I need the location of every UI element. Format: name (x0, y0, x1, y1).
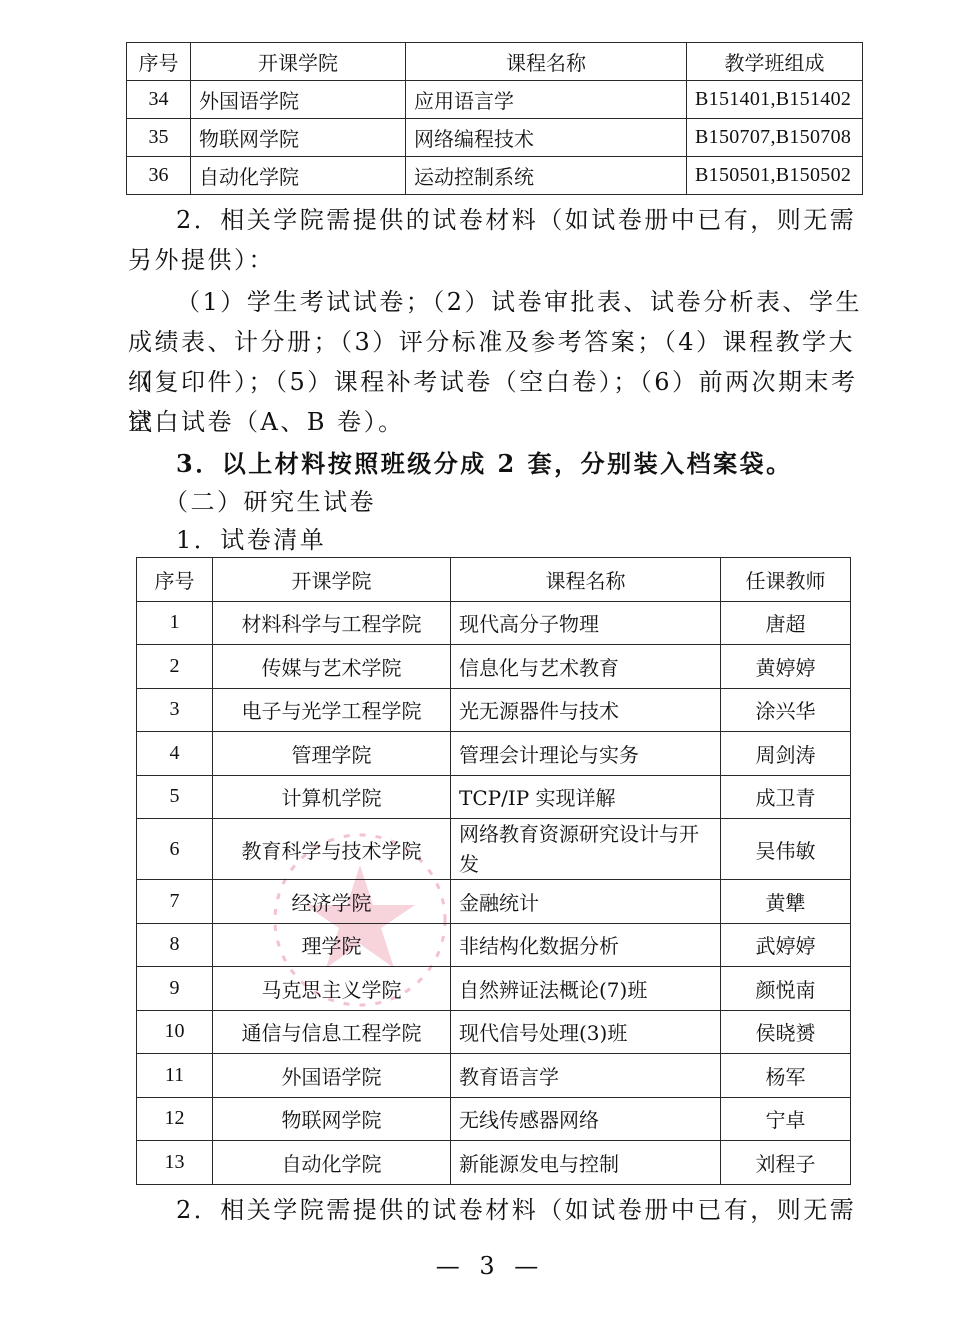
materials-paragraph-line2: 另外提供）： (128, 240, 868, 280)
header-classes: 教学班组成 (687, 43, 863, 81)
undergrad-exam-table: 序号 开课学院 课程名称 教学班组成 34 外国语学院 应用语言学 B15140… (126, 42, 863, 195)
cell-no: 9 (137, 967, 213, 1011)
table-row: 11 外国语学院 教育语言学 杨军 (137, 1054, 851, 1098)
cell-course: 运动控制系统 (406, 157, 687, 195)
cell-no: 36 (127, 157, 191, 195)
cell-classes: B151401,B151402 (687, 81, 863, 119)
cell-course: 无线传感器网络 (451, 1097, 721, 1141)
cell-college: 马克思主义学院 (213, 967, 451, 1011)
cell-course: 现代信号处理(3)班 (451, 1010, 721, 1054)
cell-no: 34 (127, 81, 191, 119)
cell-teacher: 吴伟敏 (721, 819, 851, 880)
cell-teacher: 宁卓 (721, 1097, 851, 1141)
table-row: 9 马克思主义学院 自然辨证法概论(7)班 颜悦南 (137, 967, 851, 1011)
cell-course: TCP/IP 实现详解 (451, 775, 721, 819)
table-row: 5 计算机学院 TCP/IP 实现详解 成卫青 (137, 775, 851, 819)
cell-college: 通信与信息工程学院 (213, 1010, 451, 1054)
cell-no: 6 (137, 819, 213, 880)
table-row: 2 传媒与艺术学院 信息化与艺术教育 黄婷婷 (137, 645, 851, 689)
cell-college: 传媒与艺术学院 (213, 645, 451, 689)
table-row: 4 管理学院 管理会计理论与实务 周剑涛 (137, 732, 851, 776)
cell-no: 35 (127, 119, 191, 157)
cell-no: 3 (137, 688, 213, 732)
materials-items-line1: （1）学生考试试卷；（2）试卷审批表、试卷分析表、学生 (128, 282, 868, 322)
table-row: 3 电子与光学工程学院 光无源器件与技术 涂兴华 (137, 688, 851, 732)
table-row: 7 经济学院 金融统计 黄犨 (137, 880, 851, 924)
cell-course: 教育语言学 (451, 1054, 721, 1098)
cell-course: 光无源器件与技术 (451, 688, 721, 732)
cell-course: 新能源发电与控制 (451, 1141, 721, 1185)
cell-college: 管理学院 (213, 732, 451, 776)
cell-no: 5 (137, 775, 213, 819)
header-no: 序号 (127, 43, 191, 81)
cell-no: 1 (137, 601, 213, 645)
table-header-row: 序号 开课学院 课程名称 教学班组成 (127, 43, 863, 81)
cell-teacher: 涂兴华 (721, 688, 851, 732)
table-row: 6 教育科学与技术学院 网络教育资源研究设计与开发 吴伟敏 (137, 819, 851, 880)
cell-teacher: 黄婷婷 (721, 645, 851, 689)
cell-classes: B150501,B150502 (687, 157, 863, 195)
cell-teacher: 颜悦南 (721, 967, 851, 1011)
cell-college: 自动化学院 (191, 157, 406, 195)
cell-no: 7 (137, 880, 213, 924)
cell-teacher: 黄犨 (721, 880, 851, 924)
cell-college: 物联网学院 (191, 119, 406, 157)
cell-college: 物联网学院 (213, 1097, 451, 1141)
cell-teacher: 杨军 (721, 1054, 851, 1098)
cell-teacher: 刘程子 (721, 1141, 851, 1185)
cell-college: 外国语学院 (191, 81, 406, 119)
cell-no: 13 (137, 1141, 213, 1185)
cell-college: 自动化学院 (213, 1141, 451, 1185)
cell-no: 2 (137, 645, 213, 689)
page-number: — 3 — (0, 1252, 980, 1280)
materials-paragraph-line1: 2．相关学院需提供的试卷材料（如试卷册中已有，则无需 (128, 200, 868, 240)
document-page: 序号 开课学院 课程名称 教学班组成 34 外国语学院 应用语言学 B15140… (0, 0, 980, 1332)
cell-college: 理学院 (213, 923, 451, 967)
cell-college: 外国语学院 (213, 1054, 451, 1098)
header-course: 课程名称 (406, 43, 687, 81)
table-row: 36 自动化学院 运动控制系统 B150501,B150502 (127, 157, 863, 195)
cell-classes: B150707,B150708 (687, 119, 863, 157)
table-header-row: 序号 开课学院 课程名称 任课教师 (137, 558, 851, 602)
cell-teacher: 成卫青 (721, 775, 851, 819)
cell-course: 信息化与艺术教育 (451, 645, 721, 689)
cell-teacher: 唐超 (721, 601, 851, 645)
cell-no: 8 (137, 923, 213, 967)
list-heading: 1．试卷清单 (128, 520, 868, 560)
header-college: 开课学院 (191, 43, 406, 81)
materials-paragraph-graduate: 2．相关学院需提供的试卷材料（如试卷册中已有，则无需 (128, 1190, 868, 1230)
cell-course: 非结构化数据分析 (451, 923, 721, 967)
graduate-exam-table: 序号 开课学院 课程名称 任课教师 1 材料科学与工程学院 现代高分子物理 唐超… (136, 557, 851, 1185)
cell-teacher: 周剑涛 (721, 732, 851, 776)
cell-course: 自然辨证法概论(7)班 (451, 967, 721, 1011)
cell-college: 材料科学与工程学院 (213, 601, 451, 645)
cell-college: 计算机学院 (213, 775, 451, 819)
cell-course: 应用语言学 (406, 81, 687, 119)
header-course: 课程名称 (451, 558, 721, 602)
table-row: 8 理学院 非结构化数据分析 武婷婷 (137, 923, 851, 967)
table-row: 12 物联网学院 无线传感器网络 宁卓 (137, 1097, 851, 1141)
cell-college: 教育科学与技术学院 (213, 819, 451, 880)
cell-course: 管理会计理论与实务 (451, 732, 721, 776)
cell-no: 11 (137, 1054, 213, 1098)
section-heading-graduate: （二）研究生试卷 (128, 482, 868, 522)
packaging-instruction: 3．以上材料按照班级分成 2 套，分别装入档案袋。 (128, 444, 868, 484)
materials-items-line4: 空白试卷（A、B 卷）。 (128, 402, 868, 442)
table-row: 35 物联网学院 网络编程技术 B150707,B150708 (127, 119, 863, 157)
table-row: 34 外国语学院 应用语言学 B151401,B151402 (127, 81, 863, 119)
cell-no: 12 (137, 1097, 213, 1141)
header-college: 开课学院 (213, 558, 451, 602)
cell-college: 经济学院 (213, 880, 451, 924)
cell-college: 电子与光学工程学院 (213, 688, 451, 732)
cell-course: 网络编程技术 (406, 119, 687, 157)
header-no: 序号 (137, 558, 213, 602)
cell-teacher: 侯晓赟 (721, 1010, 851, 1054)
table-row: 10 通信与信息工程学院 现代信号处理(3)班 侯晓赟 (137, 1010, 851, 1054)
cell-course: 现代高分子物理 (451, 601, 721, 645)
table-row: 13 自动化学院 新能源发电与控制 刘程子 (137, 1141, 851, 1185)
header-teacher: 任课教师 (721, 558, 851, 602)
cell-teacher: 武婷婷 (721, 923, 851, 967)
cell-no: 4 (137, 732, 213, 776)
table-row: 1 材料科学与工程学院 现代高分子物理 唐超 (137, 601, 851, 645)
cell-course: 金融统计 (451, 880, 721, 924)
cell-no: 10 (137, 1010, 213, 1054)
cell-course: 网络教育资源研究设计与开发 (451, 819, 721, 880)
